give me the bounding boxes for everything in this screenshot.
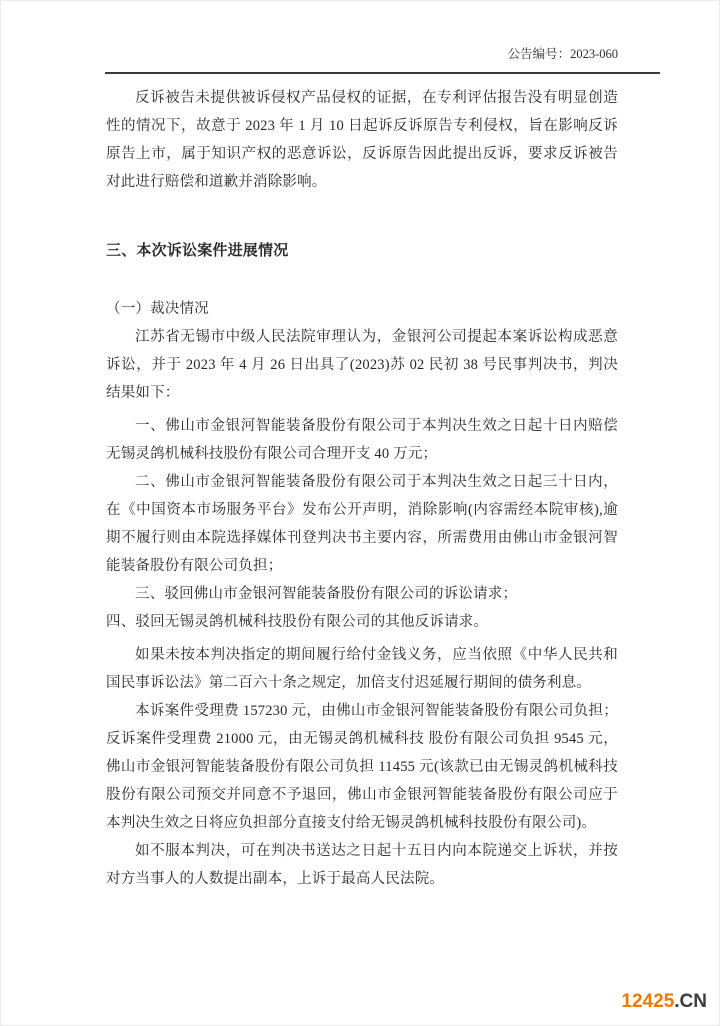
site-watermark: 12425.CN bbox=[621, 991, 707, 1013]
paragraph: 反诉被告未提供被诉侵权产品侵权的证据，在专利评估报告没有明显创造性的情况下，故意… bbox=[106, 84, 618, 196]
paragraph: 二、佛山市金银河智能装备股份有限公司于本判决生效之日起三十日内，在《中国资本市场… bbox=[106, 468, 618, 580]
paragraph: 江苏省无锡市中级人民法院审理认为，金银河公司提起本案诉讼构成恶意诉讼，并于 20… bbox=[106, 323, 618, 407]
subsection-heading: （一）裁决情况 bbox=[106, 295, 618, 323]
document-body: 反诉被告未提供被诉侵权产品侵权的证据，在专利评估报告没有明显创造性的情况下，故意… bbox=[106, 84, 618, 893]
section-heading: 三、本次诉讼案件进展情况 bbox=[106, 237, 618, 265]
paragraph: 四、驳回无锡灵鸽机械科技股份有限公司的其他反诉请求。 bbox=[106, 608, 618, 636]
paragraph: 本诉案件受理费 157230 元，由佛山市金银河智能装备股份有限公司负担；反诉案… bbox=[106, 697, 618, 837]
paragraph: 如果未按本判决指定的期间履行给付金钱义务，应当依照《中华人民共和国民事诉讼法》第… bbox=[106, 641, 618, 697]
document-page: 公告编号：2023-060 反诉被告未提供被诉侵权产品侵权的证据，在专利评估报告… bbox=[0, 0, 720, 1026]
watermark-number: 12425 bbox=[621, 991, 674, 1012]
watermark-tld: .CN bbox=[674, 991, 707, 1012]
document-header: 公告编号：2023-060 bbox=[508, 46, 618, 63]
paragraph: 一、佛山市金银河智能装备股份有限公司于本判决生效之日起十日内赔偿无锡灵鸽机械科技… bbox=[106, 412, 618, 468]
announcement-number: 公告编号：2023-060 bbox=[508, 47, 618, 61]
header-divider bbox=[105, 72, 660, 74]
paragraph: 如不服本判决，可在判决书送达之日起十五日内向本院递交上诉状，并按对方当事人的人数… bbox=[106, 837, 618, 893]
paragraph: 三、驳回佛山市金银河智能装备股份有限公司的诉讼请求； bbox=[106, 580, 618, 608]
